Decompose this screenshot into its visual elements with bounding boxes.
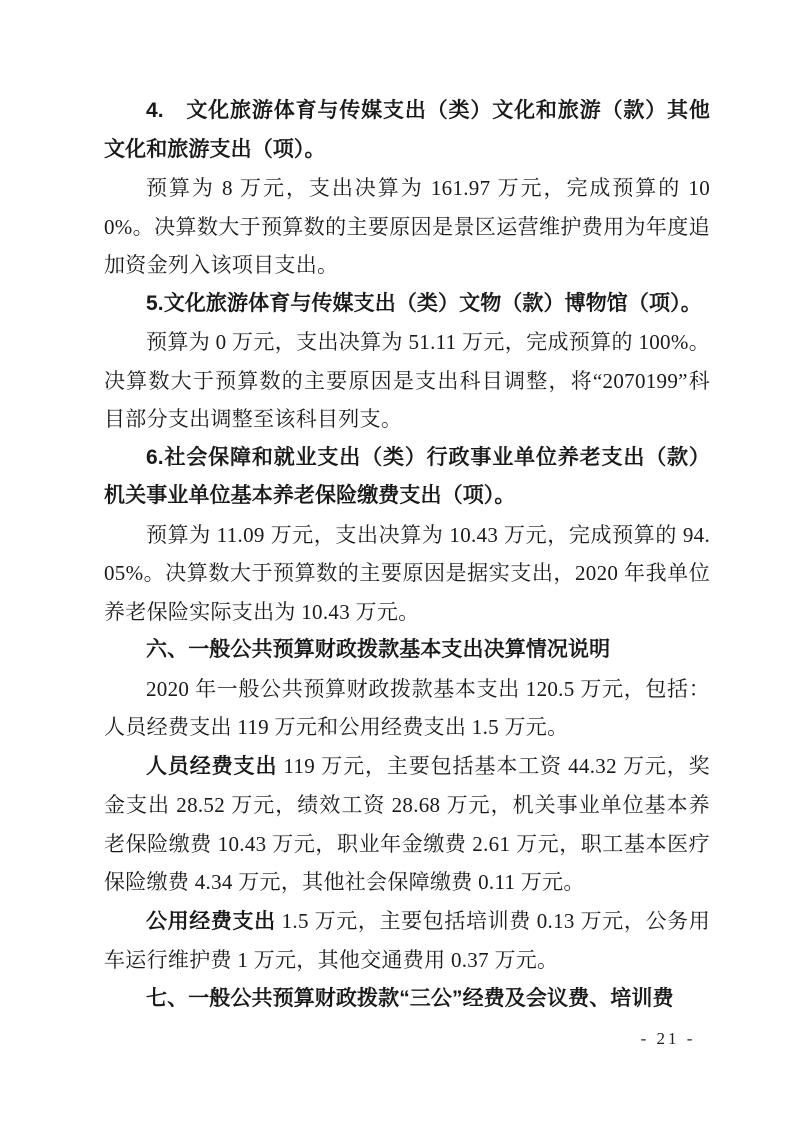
paragraph-budget-5: 预算为 0 万元，支出决算为 51.11 万元，完成预算的 100%。决算数大于… (104, 323, 710, 439)
paragraph-public-lead: 公用经费支出 (146, 910, 276, 933)
section-heading-liu: 六、一般公共预算财政拨款基本支出决算情况说明 (104, 631, 710, 670)
document-page: 4. 文化旅游体育与传媒支出（类）文化和旅游（款）其他文化和旅游支出（项）。 预… (0, 0, 793, 1122)
section-heading-4: 4. 文化旅游体育与传媒支出（类）文化和旅游（款）其他文化和旅游支出（项）。 (104, 92, 710, 169)
paragraph-personnel-funds: 人员经费支出 119 万元，主要包括基本工资 44.32 万元，奖金支出 28.… (104, 747, 710, 902)
section-heading-5: 5.文化旅游体育与传媒支出（类）文物（款）博物馆（项）。 (104, 285, 710, 324)
paragraph-personnel-lead: 人员经费支出 (146, 755, 277, 778)
document-body: 4. 文化旅游体育与传媒支出（类）文化和旅游（款）其他文化和旅游支出（项）。 预… (104, 92, 710, 1018)
section-heading-qi: 七、一般公共预算财政拨款“三公”经费及会议费、培训费 (104, 980, 710, 1019)
page-number: - 21 - (628, 1029, 708, 1049)
section-heading-6: 6.社会保障和就业支出（类）行政事业单位养老支出（款）机关事业单位基本养老保险缴… (104, 439, 710, 516)
paragraph-budget-4: 预算为 8 万元，支出决算为 161.97 万元，完成预算的 100%。决算数大… (104, 169, 710, 285)
paragraph-public-funds: 公用经费支出 1.5 万元，主要包括培训费 0.13 万元，公务用车运行维护费 … (104, 902, 710, 980)
paragraph-basic-expenditure: 2020 年一般公共预算财政拨款基本支出 120.5 万元，包括：人员经费支出 … (104, 670, 710, 747)
paragraph-budget-6: 预算为 11.09 万元，支出决算为 10.43 万元，完成预算的 94.05%… (104, 516, 710, 632)
